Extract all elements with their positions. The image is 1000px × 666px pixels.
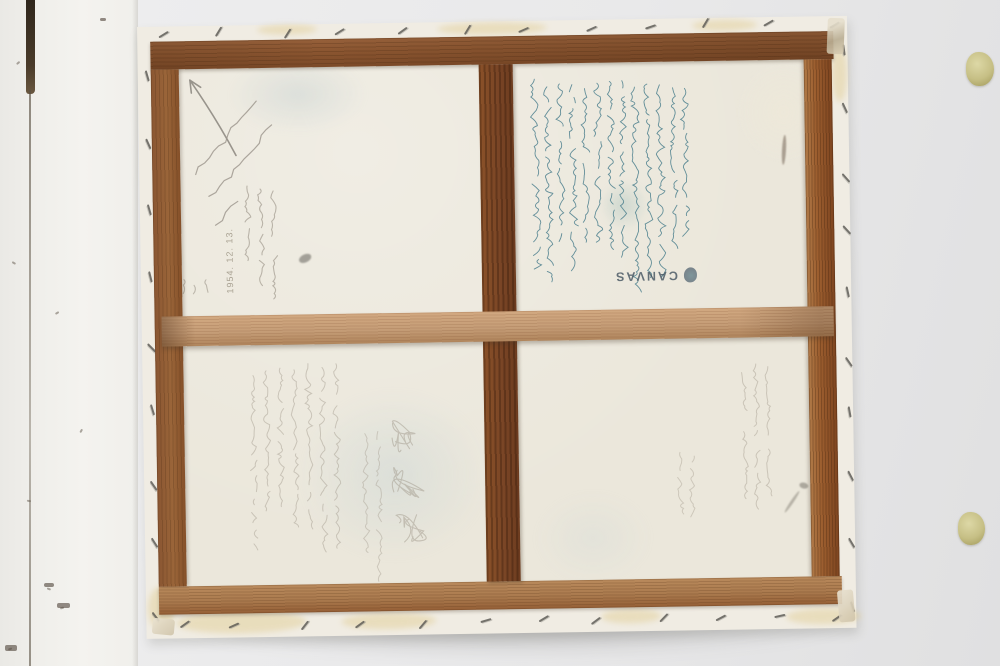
wall-speck <box>16 61 20 65</box>
staple <box>464 25 471 35</box>
staple <box>145 138 151 149</box>
board-chip <box>100 18 106 21</box>
wall-speck <box>47 587 51 590</box>
staple <box>215 27 222 37</box>
tacking-edge-stain <box>601 609 661 624</box>
staple <box>774 614 785 618</box>
staple <box>842 173 851 183</box>
staple <box>148 271 153 282</box>
staple <box>145 70 150 81</box>
staple <box>660 613 669 622</box>
board-crack-gap <box>26 0 35 94</box>
staple <box>481 618 492 623</box>
staple <box>715 615 726 622</box>
staple <box>301 620 309 630</box>
staple <box>229 623 240 629</box>
putty-top-right <box>966 52 994 86</box>
staple <box>848 537 855 547</box>
staple <box>283 28 291 38</box>
board-crack-line <box>29 90 31 666</box>
staple <box>702 18 709 28</box>
board-chip <box>44 583 54 587</box>
tacking-edge-stain <box>437 22 547 36</box>
staple <box>355 621 365 629</box>
staple <box>842 102 848 113</box>
staple <box>518 27 529 33</box>
canvas-corner-fold-bottom-right <box>837 589 856 622</box>
wall-speck <box>55 311 59 314</box>
staple <box>846 286 850 297</box>
staple <box>842 225 851 234</box>
staple <box>645 24 656 29</box>
staple <box>398 27 408 35</box>
putty-mid-right <box>958 512 985 545</box>
staple <box>763 19 774 26</box>
staple <box>335 28 345 35</box>
staple <box>180 620 190 628</box>
staple <box>147 205 152 216</box>
staple <box>158 31 168 38</box>
staple <box>586 25 597 31</box>
board-chip <box>57 603 70 608</box>
canvas-corner-fold-top-right <box>827 18 845 55</box>
wall-speck <box>12 261 16 264</box>
staple <box>847 471 854 482</box>
staple <box>848 406 852 417</box>
painted-white-board <box>0 0 138 666</box>
staple <box>845 357 853 367</box>
staple <box>150 404 155 415</box>
wall-speck <box>79 429 82 433</box>
staple <box>418 620 427 630</box>
staple <box>538 615 548 622</box>
staple <box>591 617 601 625</box>
wall-speck <box>27 500 31 502</box>
board-chip <box>5 645 17 651</box>
photo-backdrop: CANVAS 1954. 12. 13. <box>0 0 1000 666</box>
canvas-corner-fold-bottom-left <box>152 618 175 636</box>
canvas-back: CANVAS 1954. 12. 13. <box>137 16 857 639</box>
